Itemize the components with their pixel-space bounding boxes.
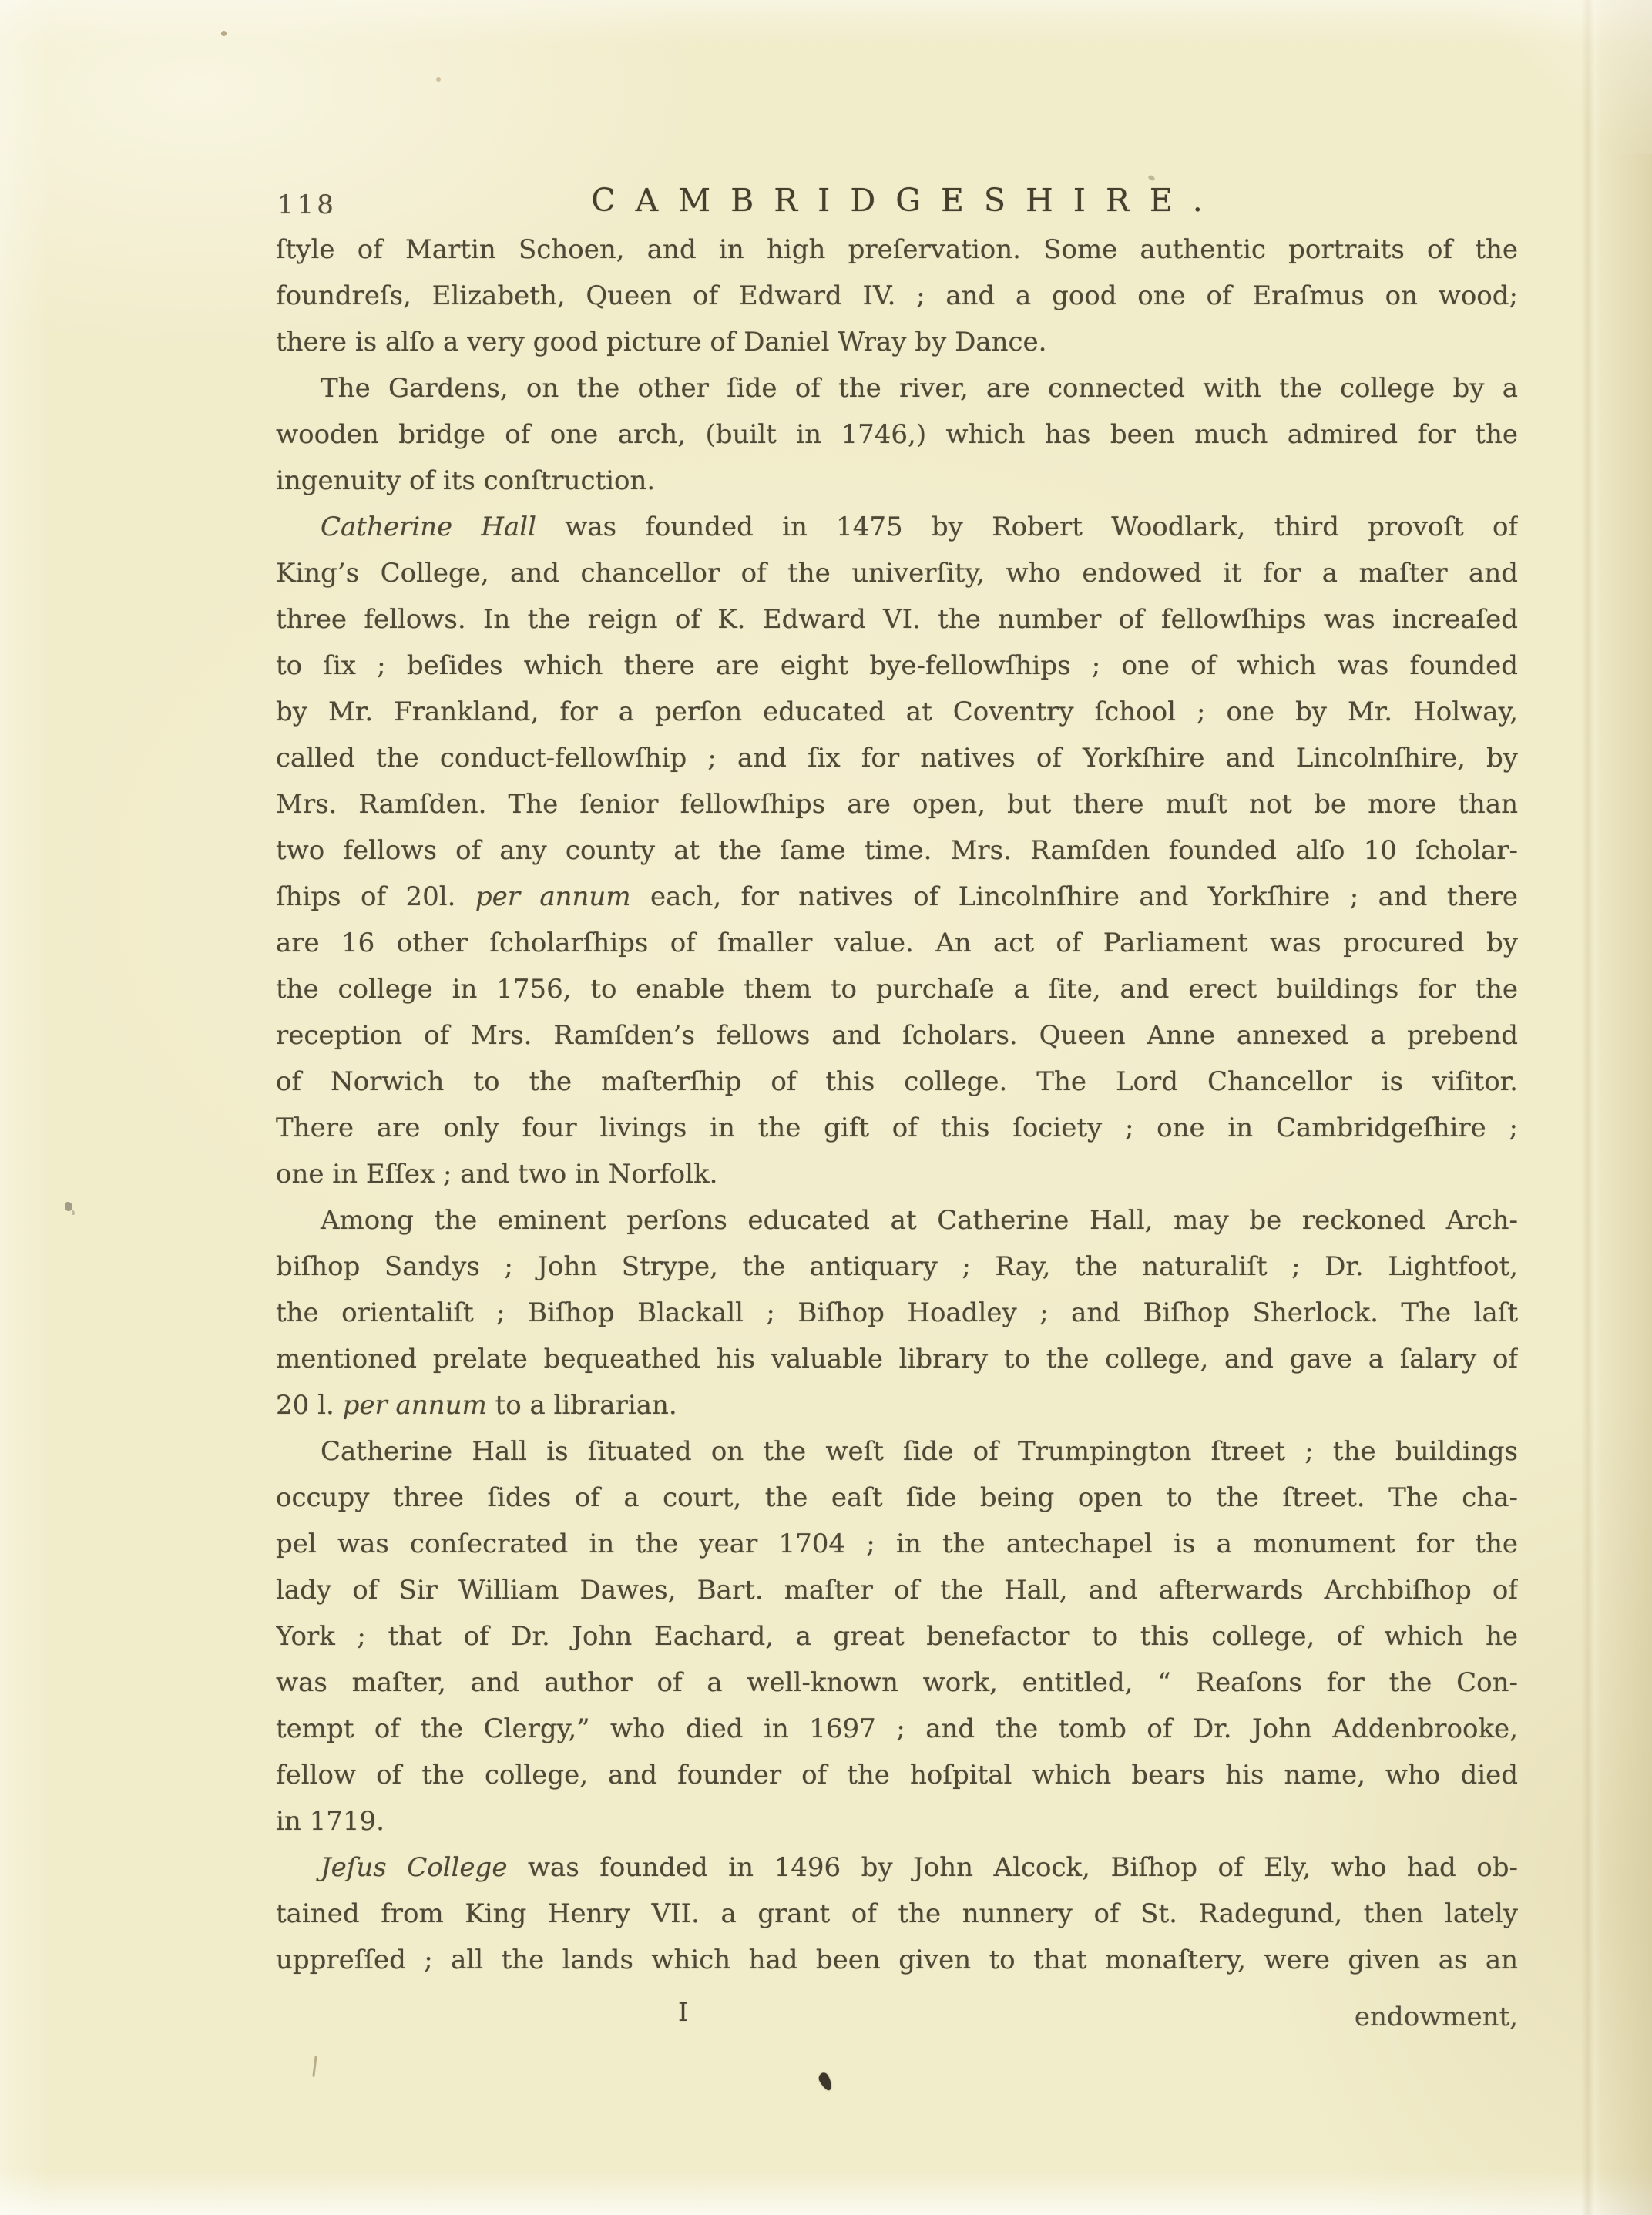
text-line: ſhips of 20l. per annum each, for native… — [276, 874, 1518, 920]
body-text: two fellows of any county at the ſame ti… — [276, 835, 1518, 866]
text-line: was maſter, and author of a well-known w… — [276, 1660, 1518, 1706]
text-line: Among the eminent perſons educated at Ca… — [276, 1197, 1518, 1243]
text-line: called the conduct-fellowſhip ; and ſix … — [276, 735, 1518, 781]
text-line: in 1719. — [276, 1798, 1518, 1844]
body-text: wooden bridge of one arch, (built in 174… — [276, 419, 1518, 450]
text-line: of Norwich to the maſterſhip of this col… — [276, 1059, 1518, 1105]
text-line: occupy three ſides of a court, the eaſt … — [276, 1475, 1518, 1521]
body-text: Mrs. Ramſden. The ſenior fellowſhips are… — [276, 789, 1518, 820]
text-line: York ; that of Dr. John Eachard, a great… — [276, 1613, 1518, 1660]
text-line: ingenuity of its conſtruction. — [276, 458, 1518, 504]
body-text: ſtyle of Martin Schoen, and in high preſ… — [276, 234, 1518, 265]
running-title: CAMBRIDGESHIRE. — [276, 177, 1518, 223]
text-line: there is alſo a very good picture of Dan… — [276, 319, 1518, 365]
text-line: tained from King Henry VII. a grant of t… — [276, 1891, 1518, 1937]
page-crease — [1581, 0, 1601, 2215]
text-line: biſhop Sandys ; John Strype, the antiqua… — [276, 1243, 1518, 1290]
body-text: occupy three ſides of a court, the eaſt … — [276, 1482, 1518, 1513]
text-line: the college in 1756, to enable them to p… — [276, 966, 1518, 1012]
text-line: reception of Mrs. Ramſden’s fellows and … — [276, 1012, 1518, 1059]
body-text: pel was conſecrated in the year 1704 ; i… — [276, 1529, 1518, 1559]
body-text: mentioned prelate bequeathed his valuabl… — [276, 1344, 1518, 1374]
text-line: Catherine Hall was founded in 1475 by Ro… — [276, 504, 1518, 550]
text-line: to ſix ; beſides which there are eight b… — [276, 643, 1518, 689]
body-text: there is alſo a very good picture of Dan… — [276, 327, 1046, 357]
body-text: tained from King Henry VII. a grant of t… — [276, 1898, 1518, 1929]
text-line: one in Eſſex ; and two in Norfolk. — [276, 1151, 1518, 1197]
page-number: 118 — [277, 182, 337, 228]
body-text: The Gardens, on the other ſide of the ri… — [321, 373, 1518, 404]
text-line: King’s College, and chancellor of the un… — [276, 550, 1518, 596]
body-text: to ſix ; beſides which there are eight b… — [276, 650, 1518, 681]
text-line: Mrs. Ramſden. The ſenior fellowſhips are… — [276, 781, 1518, 827]
book-page-scan: 118 CAMBRIDGESHIRE. ſtyle of Martin Scho… — [0, 0, 1652, 2215]
body-text: was founded in 1496 by John Alcock, Biſh… — [507, 1852, 1518, 1883]
body-text: tempt of the Clergy,” who died in 1697 ;… — [276, 1713, 1518, 1744]
text-line: mentioned prelate bequeathed his valuabl… — [276, 1336, 1518, 1382]
text-line: the orientaliſt ; Biſhop Blackall ; Biſh… — [276, 1290, 1518, 1336]
body-text: ingenuity of its conſtruction. — [276, 465, 655, 496]
body-text: 20 l. — [276, 1390, 343, 1421]
text-line: 20 l. per annum to a librarian. — [276, 1382, 1518, 1428]
body-text: one in Eſſex ; and two in Norfolk. — [276, 1159, 717, 1190]
body-text: each, for natives of Lincolnſhire and Yo… — [631, 881, 1518, 912]
text-line: uppreſſed ; all the lands which had been… — [276, 1937, 1518, 1983]
body-text: by Mr. Frankland, for a perſon educated … — [276, 696, 1518, 727]
body-text: are 16 other ſcholarſhips of ſmaller val… — [276, 928, 1518, 958]
body-text: York ; that of Dr. John Eachard, a great… — [276, 1621, 1518, 1652]
body-text: Catherine Hall is ſituated on the weſt ſ… — [321, 1436, 1518, 1467]
body-text: to a librarian. — [487, 1390, 677, 1421]
italic-text: Catherine Hall — [321, 512, 536, 542]
italic-text: per annum — [475, 881, 631, 912]
ink-blot — [817, 2071, 834, 2092]
italic-text: Jeſus College — [321, 1852, 507, 1883]
page-header: 118 CAMBRIDGESHIRE. — [276, 177, 1518, 223]
body-text: the college in 1756, to enable them to p… — [276, 974, 1518, 1005]
body-text: was maſter, and author of a well-known w… — [276, 1667, 1518, 1698]
body-text: King’s College, and chancellor of the un… — [276, 558, 1518, 589]
body-text: reception of Mrs. Ramſden’s fellows and … — [276, 1020, 1518, 1051]
body-text: fellow of the college, and founder of th… — [276, 1760, 1518, 1790]
text-line: The Gardens, on the other ſide of the ri… — [276, 365, 1518, 411]
text-line: pel was conſecrated in the year 1704 ; i… — [276, 1521, 1518, 1567]
body-text: called the conduct-fellowſhip ; and ſix … — [276, 743, 1518, 774]
signature-mark: I — [678, 1989, 688, 2035]
body-text: biſhop Sandys ; John Strype, the antiqua… — [276, 1251, 1518, 1282]
text-line: foundreſs, Elizabeth, Queen of Edward IV… — [276, 273, 1518, 319]
paper-speck — [221, 31, 227, 36]
text-line: are 16 other ſcholarſhips of ſmaller val… — [276, 920, 1518, 966]
text-line: There are only four livings in the gift … — [276, 1105, 1518, 1151]
body-text: three fellows. In the reign of K. Edward… — [276, 604, 1518, 635]
text-line: by Mr. Frankland, for a perſon educated … — [276, 689, 1518, 735]
text-line: tempt of the Clergy,” who died in 1697 ;… — [276, 1706, 1518, 1752]
body-text: foundreſs, Elizabeth, Queen of Edward IV… — [276, 280, 1518, 311]
italic-text: per annum — [343, 1390, 487, 1421]
body-text: the orientaliſt ; Biſhop Blackall ; Biſh… — [276, 1297, 1518, 1328]
body-text: uppreſſed ; all the lands which had been… — [276, 1945, 1518, 1975]
text-line: lady of Sir William Dawes, Bart. maſter … — [276, 1567, 1518, 1613]
body-text: Among the eminent perſons educated at Ca… — [321, 1205, 1518, 1236]
body-text: in 1719. — [276, 1806, 384, 1837]
paper-fiber-mark — [312, 2056, 317, 2077]
text-line: Catherine Hall is ſituated on the weſt ſ… — [276, 1428, 1518, 1475]
body-text: lady of Sir William Dawes, Bart. maſter … — [276, 1575, 1518, 1606]
corner-fold — [1452, 0, 1652, 154]
catchword: endowment, — [1355, 1994, 1518, 2040]
body-text: ſhips of 20l. — [276, 881, 475, 912]
paper-speck — [436, 77, 441, 82]
text-line: three fellows. In the reign of K. Edward… — [276, 596, 1518, 643]
text-line: two fellows of any county at the ſame ti… — [276, 827, 1518, 874]
paper-speck — [65, 1202, 72, 1211]
text-line: fellow of the college, and founder of th… — [276, 1752, 1518, 1798]
text-line: Jeſus College was founded in 1496 by Joh… — [276, 1844, 1518, 1891]
text-line: ſtyle of Martin Schoen, and in high preſ… — [276, 227, 1518, 273]
text-line: wooden bridge of one arch, (built in 174… — [276, 411, 1518, 458]
text-block: ſtyle of Martin Schoen, and in high preſ… — [276, 227, 1518, 1983]
body-text: of Norwich to the maſterſhip of this col… — [276, 1066, 1518, 1097]
body-text: There are only four livings in the gift … — [276, 1113, 1518, 1143]
body-text: was founded in 1475 by Robert Woodlark, … — [536, 512, 1518, 542]
